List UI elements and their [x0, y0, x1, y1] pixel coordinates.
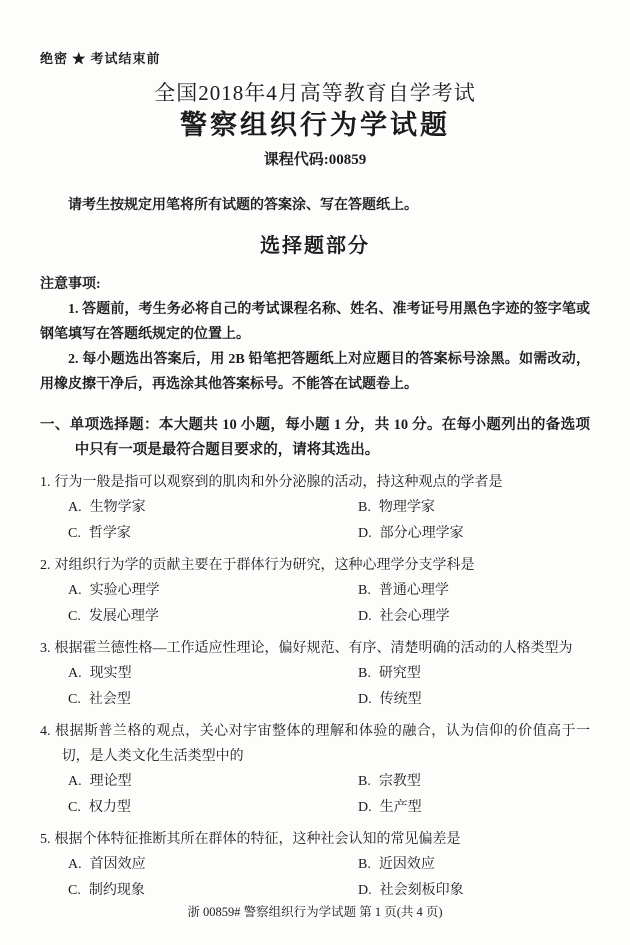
exam-session-title: 全国2018年4月高等教育自学考试: [40, 79, 590, 107]
option-label: C.: [68, 609, 81, 624]
option-d: D.传统型: [358, 687, 590, 713]
option-label: B.: [358, 583, 371, 598]
option-text: 实验心理学: [90, 583, 160, 598]
question-1: 1.行为一般是指可以观察到的肌肉和外分泌腺的活动，持这种观点的学者是 A.生物学…: [40, 470, 590, 546]
question-number: 3.: [40, 641, 51, 656]
question-number: 2.: [40, 558, 51, 573]
option-label: C.: [68, 526, 81, 541]
question-text: 根据斯普兰格的观点，关心对宇宙整体的理解和体验的融合，认为信仰的价值高于一切，是…: [55, 724, 591, 764]
option-label: B.: [358, 774, 371, 789]
option-text: 制约现象: [89, 883, 145, 898]
option-c: C.制约现象: [68, 878, 358, 904]
question-4: 4.根据斯普兰格的观点，关心对宇宙整体的理解和体验的融合，认为信仰的价值高于一切…: [40, 719, 590, 820]
question-stem: 5.根据个体特征推断其所在群体的特征，这种社会认知的常见偏差是: [40, 827, 590, 852]
option-text: 传统型: [380, 692, 422, 707]
option-label: A.: [68, 857, 82, 872]
option-label: A.: [68, 583, 82, 598]
question-text: 根据霍兰德性格—工作适应性理论，偏好规范、有序、清楚明确的活动的人格类型为: [55, 641, 573, 656]
options-grid: A.理论型 B.宗教型 C.权力型 D.生产型: [40, 769, 590, 820]
note-item-1: 1. 答题前，考生务必将自己的考试课程名称、姓名、准考证号用黑色字迹的签字笔或钢…: [40, 297, 590, 347]
option-label: A.: [68, 500, 82, 515]
question-number: 1.: [40, 475, 51, 490]
option-text: 发展心理学: [89, 609, 159, 624]
option-text: 理论型: [90, 774, 132, 789]
question-5: 5.根据个体特征推断其所在群体的特征，这种社会认知的常见偏差是 A.首因效应 B…: [40, 827, 590, 903]
option-b: B.宗教型: [358, 769, 590, 795]
option-a: A.生物学家: [68, 495, 358, 521]
option-text: 宗教型: [379, 774, 421, 789]
option-b: B.研究型: [358, 661, 590, 687]
question-number: 5.: [40, 832, 51, 847]
option-label: D.: [358, 800, 372, 815]
option-text: 权力型: [89, 800, 131, 815]
question-text: 行为一般是指可以观察到的肌肉和外分泌腺的活动，持这种观点的学者是: [55, 475, 503, 490]
option-text: 社会型: [89, 692, 131, 707]
note-item-2: 2. 每小题选出答案后，用 2B 铅笔把答题纸上对应题目的答案标号涂黑。如需改动…: [40, 347, 590, 397]
options-grid: A.首因效应 B.近因效应 C.制约现象 D.社会刻板印象: [40, 852, 590, 903]
option-d: D.生产型: [358, 795, 590, 821]
option-b: B.普通心理学: [358, 578, 590, 604]
option-label: D.: [358, 692, 372, 707]
option-label: C.: [68, 692, 81, 707]
answer-sheet-instruction: 请考生按规定用笔将所有试题的答案涂、写在答题纸上。: [40, 195, 590, 217]
option-label: A.: [68, 774, 82, 789]
option-a: A.现实型: [68, 661, 358, 687]
options-grid: A.生物学家 B.物理学家 C.哲学家 D.部分心理学家: [40, 495, 590, 546]
options-grid: A.实验心理学 B.普通心理学 C.发展心理学 D.社会心理学: [40, 578, 590, 629]
option-d: D.社会刻板印象: [358, 878, 590, 904]
option-label: C.: [68, 883, 81, 898]
option-a: A.首因效应: [68, 852, 358, 878]
option-text: 部分心理学家: [380, 526, 464, 541]
option-c: C.权力型: [68, 795, 358, 821]
notes-heading: 注意事项:: [40, 273, 590, 297]
option-c: C.哲学家: [68, 521, 358, 547]
options-grid: A.现实型 B.研究型 C.社会型 D.传统型: [40, 661, 590, 712]
option-a: A.理论型: [68, 769, 358, 795]
option-text: 社会心理学: [380, 609, 450, 624]
option-c: C.发展心理学: [68, 604, 358, 630]
question-stem: 2.对组织行为学的贡献主要在于群体行为研究，这种心理学分支学科是: [40, 553, 590, 578]
question-2: 2.对组织行为学的贡献主要在于群体行为研究，这种心理学分支学科是 A.实验心理学…: [40, 553, 590, 629]
question-stem: 4.根据斯普兰格的观点，关心对宇宙整体的理解和体验的融合，认为信仰的价值高于一切…: [40, 719, 590, 769]
option-text: 首因效应: [90, 857, 146, 872]
option-text: 近因效应: [379, 857, 435, 872]
option-label: D.: [358, 883, 372, 898]
page-footer: 浙 00859# 警察组织行为学试题 第 1 页(共 4 页): [0, 903, 630, 921]
option-c: C.社会型: [68, 687, 358, 713]
option-text: 社会刻板印象: [380, 883, 464, 898]
section-title: 选择题部分: [40, 231, 590, 261]
question-text: 根据个体特征推断其所在群体的特征，这种社会认知的常见偏差是: [55, 832, 461, 847]
option-a: A.实验心理学: [68, 578, 358, 604]
option-text: 生物学家: [90, 500, 146, 515]
option-label: D.: [358, 609, 372, 624]
option-d: D.部分心理学家: [358, 521, 590, 547]
question-stem: 1.行为一般是指可以观察到的肌肉和外分泌腺的活动，持这种观点的学者是: [40, 470, 590, 495]
exam-paper-page: 绝密 ★ 考试结束前 全国2018年4月高等教育自学考试 警察组织行为学试题 课…: [0, 0, 630, 945]
option-text: 物理学家: [379, 500, 435, 515]
option-label: B.: [358, 666, 371, 681]
option-text: 研究型: [379, 666, 421, 681]
option-d: D.社会心理学: [358, 604, 590, 630]
option-label: B.: [358, 857, 371, 872]
option-label: D.: [358, 526, 372, 541]
option-b: B.物理学家: [358, 495, 590, 521]
security-classification-label: 绝密 ★ 考试结束前: [40, 48, 590, 67]
option-text: 现实型: [90, 666, 132, 681]
option-label: C.: [68, 800, 81, 815]
option-text: 普通心理学: [379, 583, 449, 598]
option-text: 生产型: [380, 800, 422, 815]
course-code: 课程代码:00859: [40, 149, 590, 171]
option-label: A.: [68, 666, 82, 681]
question-number: 4.: [40, 724, 51, 739]
option-label: B.: [358, 500, 371, 515]
option-b: B.近因效应: [358, 852, 590, 878]
question-3: 3.根据霍兰德性格—工作适应性理论，偏好规范、有序、清楚明确的活动的人格类型为 …: [40, 636, 590, 712]
question-stem: 3.根据霍兰德性格—工作适应性理论，偏好规范、有序、清楚明确的活动的人格类型为: [40, 636, 590, 661]
question-text: 对组织行为学的贡献主要在于群体行为研究，这种心理学分支学科是: [55, 558, 475, 573]
exam-subject-title: 警察组织行为学试题: [40, 107, 590, 143]
option-text: 哲学家: [89, 526, 131, 541]
part-one-heading: 一、单项选择题：本大题共 10 小题，每小题 1 分，共 10 分。在每小题列出…: [40, 413, 590, 463]
